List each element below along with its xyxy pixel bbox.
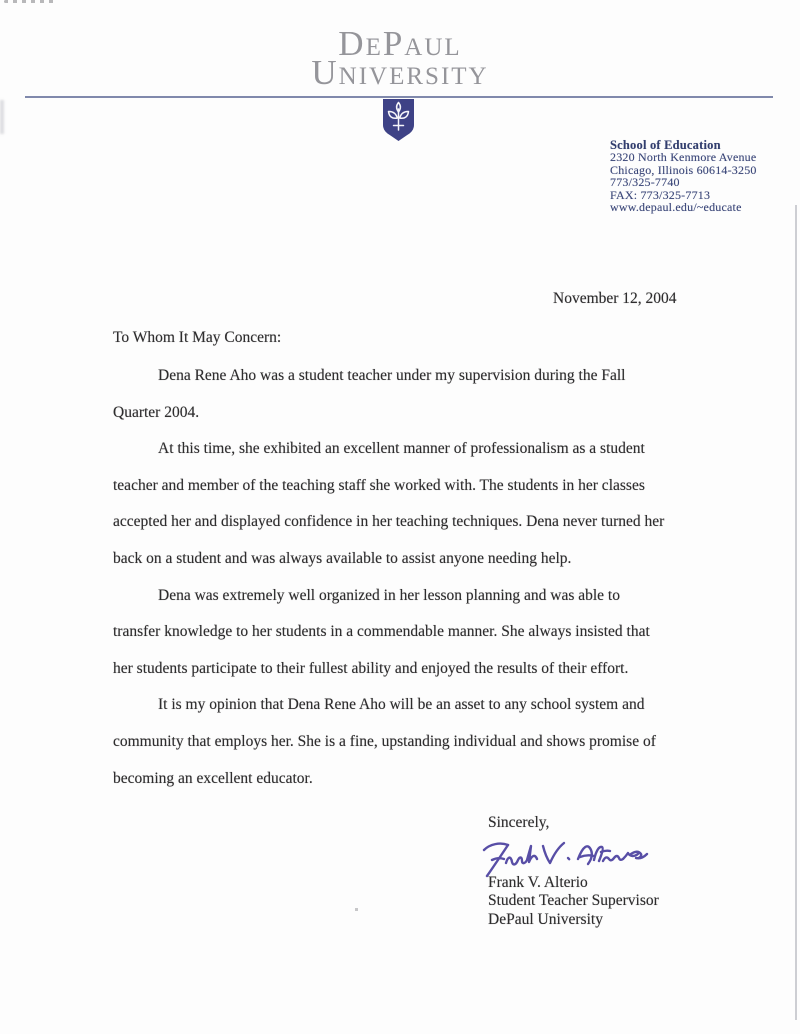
scan-artifact-right-edge	[795, 205, 797, 1020]
signer-block: Frank V. Alterio Student Teacher Supervi…	[488, 874, 659, 929]
scan-artifact-top-edge	[4, 0, 56, 3]
scan-artifact-speck	[355, 908, 358, 911]
scan-artifact-left-edge	[0, 100, 4, 134]
dept-address-block: School of Education 2320 North Kenmore A…	[610, 139, 757, 213]
dept-website: www.depaul.edu/~educate	[610, 201, 757, 213]
closing-sincerely: Sincerely,	[488, 814, 549, 832]
wordmark-university: University	[0, 59, 800, 87]
scanned-letter-page: DePaul University School of Education 23…	[0, 0, 800, 1034]
signer-title: Student Teacher Supervisor	[488, 892, 659, 910]
dept-phone: 773/325-7740	[610, 176, 757, 188]
dept-address-line1: 2320 North Kenmore Avenue	[610, 151, 757, 163]
body-paragraph: At this time, she exhibited an excellent…	[113, 431, 733, 577]
body-paragraph: It is my opinion that Dena Rene Aho will…	[113, 687, 733, 797]
salutation: To Whom It May Concern:	[113, 329, 281, 347]
signer-org: DePaul University	[488, 911, 659, 929]
signer-name: Frank V. Alterio	[488, 874, 659, 892]
body-paragraph: Dena was extremely well organized in her…	[113, 578, 733, 688]
letter-body: Dena Rene Aho was a student teacher unde…	[113, 358, 733, 797]
depaul-shield-logo-icon	[382, 98, 415, 147]
letter-date: November 12, 2004	[553, 290, 677, 308]
letterhead-wordmark: DePaul University	[0, 29, 800, 87]
body-paragraph: Dena Rene Aho was a student teacher unde…	[113, 358, 733, 431]
